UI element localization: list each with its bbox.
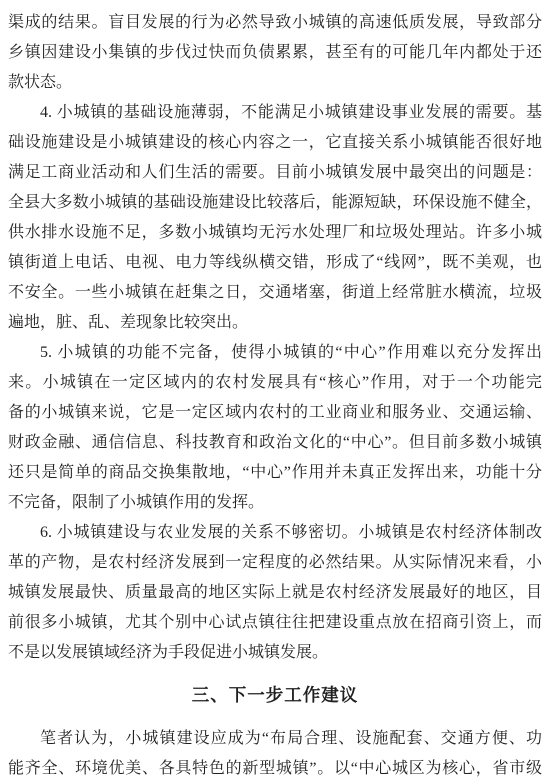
text-line: 6. 小城镇建设与农业发展的关系不够密切。小城镇是农村经济体制改	[8, 518, 542, 548]
text-line: 城镇发展最快、质量最高的地区实际上就是农村经济发展最好的地区，目	[8, 578, 542, 608]
text-line: 4. 小城镇的基础设施薄弱，不能满足小城镇建设事业发展的需要。基	[8, 98, 542, 128]
text-line: 全县大多数小城镇的基础设施建设比较落后，能源短缺，环保设施不健全，	[8, 188, 542, 218]
text-line: 款状态。	[8, 68, 542, 98]
document-page: 渠成的结果。盲目发展的行为必然导致小城镇的高速低质发展，导致部分乡镇因建设小集镇…	[0, 0, 550, 780]
text-line: 遍地，脏、乱、差现象比较突出。	[8, 308, 542, 338]
document-body: 渠成的结果。盲目发展的行为必然导致小城镇的高速低质发展，导致部分乡镇因建设小集镇…	[0, 0, 550, 780]
text-line: 笔者认为，小城镇建设应成为“布局合理、设施配套、交通方便、功	[8, 724, 542, 754]
text-line: 革的产物，是农村经济发展到一定程度的必然结果。从实际情况来看，小	[8, 548, 542, 578]
text-line: 础设施建设是小城镇建设的核心内容之一，它直接关系小城镇能否很好地	[8, 128, 542, 158]
section-heading: 三、下一步工作建议	[8, 680, 542, 710]
text-line: 镇街道上电话、电视、电力等线纵横交错，形成了“线网”，既不美观，也	[8, 248, 542, 278]
text-line: 能齐全、环境优美、各具特色的新型城镇”。以“中心城区为核心，省市级	[8, 754, 542, 780]
text-line: 不完备，限制了小城镇作用的发挥。	[8, 488, 542, 518]
text-line: 不安全。一些小城镇在赶集之日，交通堵塞，街道上经常脏水横流，垃圾	[8, 278, 542, 308]
text-line: 供水排水设施不足，多数小城镇均无污水处理厂和垃圾处理站。许多小城	[8, 218, 542, 248]
text-line: 还只是简单的商品交换集散地，“中心”作用并未真正发挥出来，功能十分	[8, 458, 542, 488]
text-line: 满足工商业活动和人们生活的需要。目前小城镇发展中最突出的问题是：	[8, 158, 542, 188]
text-line: 前很多小城镇，尤其个别中心试点镇往往把建设重点放在招商引资上，而	[8, 608, 542, 638]
text-line: 渠成的结果。盲目发展的行为必然导致小城镇的高速低质发展，导致部分	[8, 8, 542, 38]
text-line: 乡镇因建设小集镇的步伐过快而负债累累，甚至有的可能几年内都处于还	[8, 38, 542, 68]
text-line: 来。小城镇在一定区域内的农村发展具有“核心”作用，对于一个功能完	[8, 368, 542, 398]
text-line: 财政金融、通信信息、科技教育和政治文化的“中心”。但目前多数小城镇	[8, 428, 542, 458]
text-line: 备的小城镇来说，它是一定区域内农村的工业商业和服务业、交通运输、	[8, 398, 542, 428]
text-line: 5. 小城镇的功能不完备，使得小城镇的“中心”作用难以充分发挥出	[8, 338, 542, 368]
text-line: 不是以发展镇域经济为手段促进小城镇发展。	[8, 638, 542, 668]
